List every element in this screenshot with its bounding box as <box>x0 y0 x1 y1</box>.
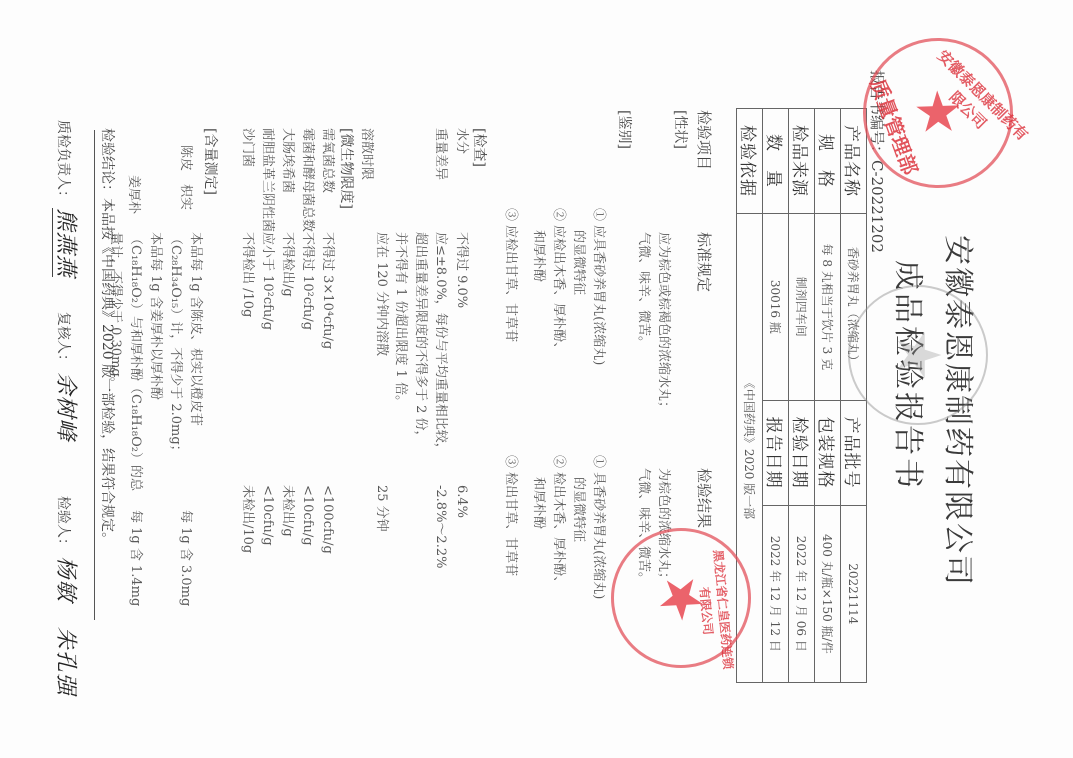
info-label: 规 格 <box>815 109 841 214</box>
moisture-standard: 不得过 9.0% <box>451 232 471 308</box>
info-value: 400 丸/瓶×150 瓶/件 <box>815 505 841 682</box>
microbial-result: 未检出/g <box>277 485 297 554</box>
section-microbial: [微生物限度] <box>337 128 357 209</box>
microbial-items: 需氧菌总数 霉菌和酵母菌总数 大肠埃希菌 耐胆盐革兰阴性菌 沙门菌 <box>237 128 337 232</box>
stamp-ring-text: 黑龙江省仁皇医药连锁有限公司 <box>693 547 738 673</box>
info-label: 数 量 <box>763 109 789 214</box>
report-number-value: C-20221202 <box>868 160 886 253</box>
identification-result: ① 具香砂养胃丸(浓缩丸) 的显微特征 ② 检出木香、厚朴酚、 和厚朴酚 ③ 检… <box>500 455 608 599</box>
microbial-result: <10cfu/g <box>257 485 277 554</box>
text-line: 气微、味辛、微苦。 <box>633 232 653 414</box>
conclusion-text: 本品按《中国药典》2020 版一部检验，结果符合规定。 <box>99 198 115 546</box>
reviewer-label: 复核人： <box>55 312 71 368</box>
microbial-standard: 不得检出/g <box>277 232 297 349</box>
moisture-result: 6.4% <box>451 485 471 518</box>
info-value: 制剂四车间 <box>789 214 815 401</box>
text-line: （C₂₈H₃₄O₁₅）计，不得少于 2.0mg； <box>165 232 185 458</box>
info-value: 30016 瓶 <box>763 214 789 401</box>
disintegration-result: 25 分钟 <box>371 485 391 532</box>
moisture-item: 水分 <box>451 128 471 154</box>
text-line: 本品每 1g 含姜厚朴以厚朴酚 <box>145 232 165 491</box>
ident-item: ② 检出木香、厚朴酚、 <box>548 455 568 599</box>
report-page: 安徽泰恩康制药有限公司 成品检验报告书 报告书编号：C-20221202 产品名… <box>0 0 1073 758</box>
info-row: 数 量 30016 瓶 报告日期 2022 年 12 月 12 日 <box>763 109 789 683</box>
microbial-standard: 应小于 10²cfu/g <box>257 232 277 349</box>
section-identification: [鉴别] <box>615 110 635 149</box>
microbial-standard: 不得检出 /10g <box>237 232 257 349</box>
ident-item: ③ 应检出甘草、甘草苷 <box>500 208 520 365</box>
faded-stamp: ★ <box>848 285 988 425</box>
info-table: 产品名称 香砂养胃丸（浓缩丸） 产品批号 20221114 规 格 每 8 丸相… <box>736 108 867 683</box>
column-standard: 标准规定 <box>694 232 715 292</box>
info-label: 包装规格 <box>815 400 841 505</box>
info-label: 检品来源 <box>789 109 815 214</box>
divider-line <box>94 130 95 620</box>
weight-diff-item: 重量差异 <box>430 128 450 180</box>
microbial-standard: 不得过 10²cfu/g <box>297 232 317 349</box>
assay-result: 每 1g 含 3.0mg <box>175 510 195 606</box>
weight-diff-result: -2.8%～2.2% <box>430 485 450 568</box>
qa-label: 质检负责人： <box>55 120 71 204</box>
text-line: （C₁₈H₁₈O₂）与和厚朴酚（C₁₈H₁₈O₂）的总 <box>125 232 145 491</box>
column-result: 检验结果 <box>694 468 715 528</box>
info-label: 产品批号 <box>841 400 867 505</box>
microbial-standards: 不得过 3×10⁴cfu/g 不得过 10²cfu/g 不得检出/g 应小于 1… <box>237 232 337 349</box>
microbial-item: 沙门菌 <box>237 128 257 232</box>
info-value: 2022 年 12 月 12 日 <box>763 505 789 682</box>
info-label: 检验日期 <box>789 400 815 505</box>
assay-result: 每 1g 含 1.4mg <box>125 510 145 606</box>
microbial-item: 耐胆盐革兰阴性菌 <box>257 128 277 232</box>
microbial-results: <100cfu/g <10cfu/g 未检出/g <10cfu/g 未检出/10… <box>237 485 337 554</box>
disintegration-standard: 应在 120 分钟内溶散 <box>371 232 391 356</box>
section-assay: [含量测定] <box>201 128 221 195</box>
inspector-signature: 杨敏 <box>53 556 78 602</box>
ident-item: ① 应具香砂养胃丸(浓缩丸) <box>588 208 608 365</box>
ident-item: 的显微特征 <box>568 455 588 599</box>
disintegration-item: 溶散时限 <box>356 128 376 180</box>
microbial-result: <100cfu/g <box>317 485 337 554</box>
assay-item: 陈皮 枳实 <box>175 145 195 210</box>
identification-standard: ① 应具香砂养胃丸(浓缩丸) 的显微特征 ② 应检出木香、厚朴酚、 和厚朴酚 ③… <box>500 208 608 365</box>
info-label: 报告日期 <box>763 400 789 505</box>
info-value: 每 8 丸相当于饮片 3 克 <box>815 214 841 401</box>
info-label: 产品名称 <box>841 109 867 214</box>
reviewer-signature: 余树峰 <box>53 372 78 441</box>
text-line: 并不得有 1 份超出限度 1 倍。 <box>390 232 410 456</box>
text-line: 应为棕色或棕褐色的浓缩水丸； <box>653 232 673 414</box>
column-item: 检验项目 <box>694 110 715 170</box>
section-inspection: [检查] <box>470 128 490 167</box>
signature-row: 质检负责人： 熊燕燕 复核人： 余树峰 检验人： 杨敏 朱孔强 <box>52 120 83 720</box>
extra-signature: 朱孔强 <box>53 627 78 696</box>
assay-standard: 本品每 1g 含陈皮、枳实以橙皮苷 （C₂₈H₃₄O₁₅）计，不得少于 2.0m… <box>165 232 205 458</box>
ident-item: ② 应检出木香、厚朴酚、 <box>548 208 568 365</box>
microbial-result: 未检出/10g <box>237 485 257 554</box>
microbial-item: 大肠埃希菌 <box>277 128 297 232</box>
ident-item: 和厚朴酚 <box>528 208 548 365</box>
microbial-standard: 不得过 3×10⁴cfu/g <box>317 232 337 349</box>
microbial-item: 需氧菌总数 <box>317 128 337 232</box>
character-standard: 应为棕色或棕褐色的浓缩水丸； 气微、味辛、微苦。 <box>633 232 673 414</box>
info-value: 20221114 <box>841 505 867 682</box>
conclusion-label: 检验结论： <box>99 128 115 198</box>
star-icon: ★ <box>888 328 948 382</box>
microbial-result: <10cfu/g <box>297 485 317 554</box>
info-label: 检验依据 <box>737 109 763 214</box>
assay-item: 姜厚朴 <box>123 175 143 214</box>
text-line: 应≤±8.0%，每份与平均重量相比较， <box>430 232 450 456</box>
ident-item: 和厚朴酚 <box>528 455 548 599</box>
ident-item: ③ 检出甘草、甘草苷 <box>500 455 520 599</box>
text-line: 本品每 1g 含陈皮、枳实以橙皮苷 <box>185 232 205 458</box>
microbial-item: 霉菌和酵母菌总数 <box>297 128 317 232</box>
ident-item: 的显微特征 <box>568 208 588 365</box>
conclusion: 检验结论：本品按《中国药典》2020 版一部检验，结果符合规定。 <box>98 128 118 546</box>
qa-signature: 熊燕燕 <box>52 208 78 277</box>
info-value: 2022 年 12 月 06 日 <box>789 505 815 682</box>
info-row: 检品来源 制剂四车间 检验日期 2022 年 12 月 06 日 <box>789 109 815 683</box>
info-row: 规 格 每 8 丸相当于饮片 3 克 包装规格 400 丸/瓶×150 瓶/件 <box>815 109 841 683</box>
section-character: [性状] <box>671 110 691 149</box>
inspector-label: 检验人： <box>55 496 71 552</box>
ident-item: ① 具香砂养胃丸(浓缩丸) <box>588 455 608 599</box>
weight-diff-standard: 应≤±8.0%，每份与平均重量相比较， 超出重量差异限度的不得多于 2 份， 并… <box>390 232 450 456</box>
text-line: 超出重量差异限度的不得多于 2 份， <box>410 232 430 456</box>
